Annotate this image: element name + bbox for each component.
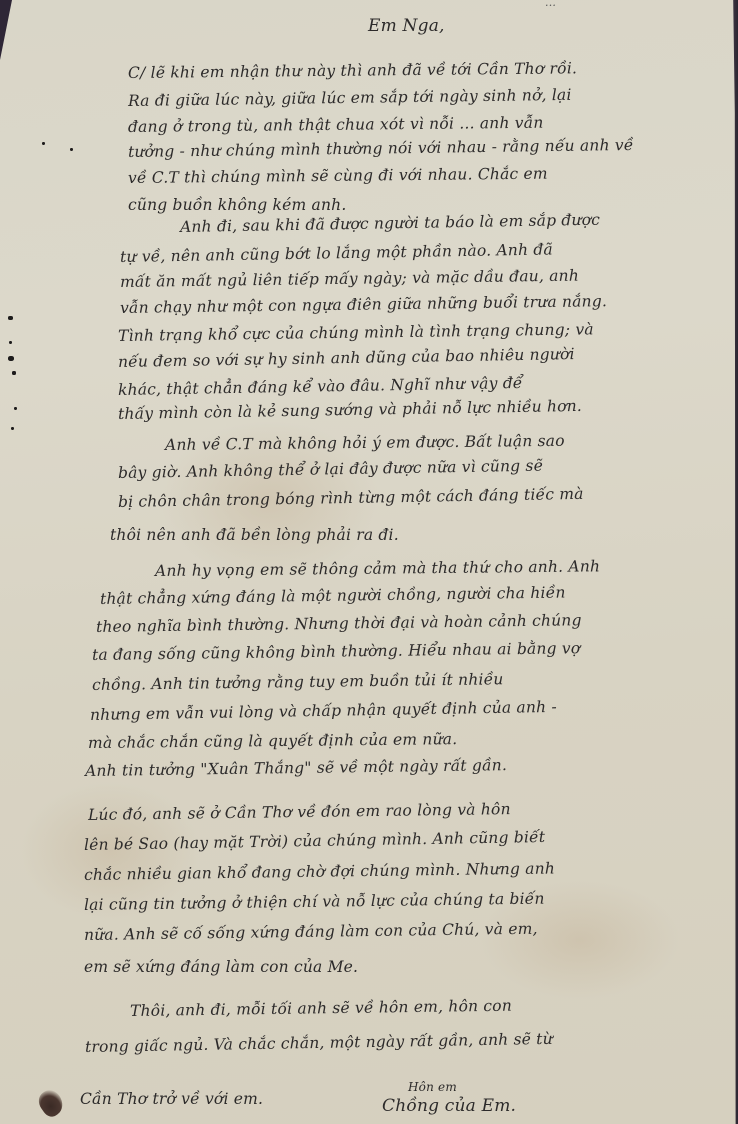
letter-line: nhưng em vẫn vui lòng và chấp nhận quyết… [90,698,557,724]
letter-line: Thôi, anh đi, mỗi tối anh sẽ về hôn em, … [130,997,512,1020]
letter-page: ... Em Nga, C/ lẽ khi em nhận thư này th… [0,0,738,1124]
letter-line: khác, thật chẳn đáng kể vào đâu. Nghĩ nh… [118,374,523,399]
letter-line: Cần Thơ trở về với em. [80,1090,263,1108]
margin-dot [12,371,16,375]
letter-line: Anh hy vọng em sẽ thông cảm mà tha thứ c… [155,557,600,580]
signature: Chồng của Em. [382,1096,516,1116]
letter-line: em sẽ xứng đáng làm con của Me. [84,958,358,976]
letter-line: nếu đem so với sự hy sinh anh dũng của b… [118,345,575,371]
salutation: Em Nga, [368,16,445,36]
letter-line: mất ăn mất ngủ liên tiếp mấy ngày; và mặ… [120,267,579,291]
margin-dot [70,148,73,151]
letter-line: thật chẳng xứng đáng là một người chồng,… [100,583,566,607]
letter-line: tự về, nên anh cũng bớt lo lắng một phần… [120,240,553,266]
letter-line: thôi nên anh đã bền lòng phải ra đi. [110,526,399,544]
margin-dot [9,341,12,344]
letter-line: nữa. Anh sẽ cố sống xứng đáng làm con củ… [84,920,538,944]
letter-line: cũng buồn không kém anh. [128,196,346,214]
letter-line: C/ lẽ khi em nhận thư này thì anh đã về … [128,59,577,82]
letter-line: Anh đi, sau khi đã được người ta báo là … [180,211,600,236]
letter-line: Anh về C.T mà không hỏi ý em được. Bất l… [165,432,565,454]
closing-kiss: Hôn em [408,1080,457,1094]
margin-dot [42,142,45,145]
margin-dot [8,356,14,361]
margin-dot [11,427,14,430]
letter-line: vẫn chạy như một con ngựa điên giữa nhữn… [120,292,607,317]
letter-line: thấy mình còn là kẻ sung sướng và phải n… [118,397,582,423]
margin-dot [14,407,17,410]
letter-line: Tình trạng khổ cực của chúng mình là tìn… [118,320,594,345]
letter-line: trong giấc ngủ. Và chắc chắn, một ngày r… [85,1030,553,1056]
letter-line: đang ở trong tù, anh thật chua xót vì nỗ… [128,114,544,136]
letter-line: ta đang sống cũng không bình thường. Hiể… [92,639,581,664]
letter-line: theo nghĩa bình thường. Nhưng thời đại v… [96,611,582,636]
ink-blot [35,1086,68,1120]
letter-line: về C.T thì chúng mình sẽ cùng đi với nha… [128,165,548,187]
corner-note: ... [545,0,556,9]
letter-line: chồng. Anh tin tưởng rằng tuy em buồn tủ… [92,670,504,694]
background-edge [730,0,738,1124]
letter-line: Ra đi giữa lúc này, giữa lúc em sắp tới … [128,86,572,110]
letter-line: Anh tin tưởng "Xuân Thắng" sẽ về một ngà… [85,756,507,780]
letter-line: mà chắc chắn cũng là quyết định của em n… [88,730,457,752]
letter-line: tưởng - như chúng mình thường nói với nh… [128,136,634,161]
background-corner [0,0,12,60]
margin-dot [8,316,13,320]
